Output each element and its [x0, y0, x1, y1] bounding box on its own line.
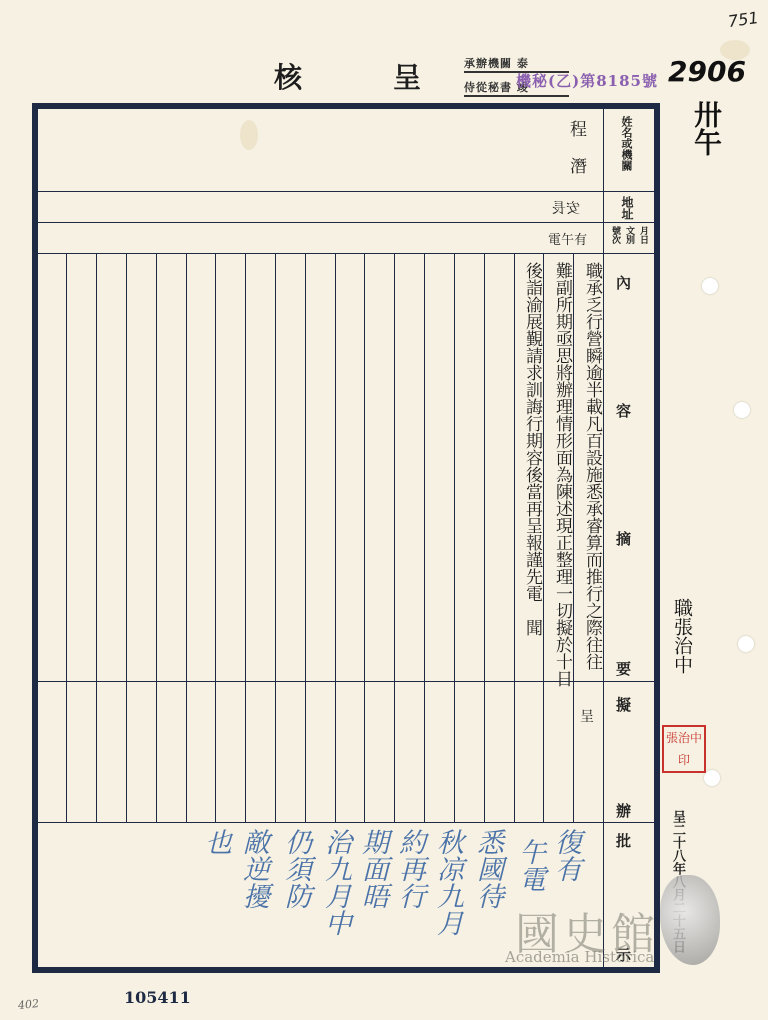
grid-line — [186, 253, 187, 822]
annotation-column-7: 治九月中 — [318, 828, 352, 936]
annotation-column-9: 敵逆擾 — [236, 828, 270, 909]
seal-char: 張 — [666, 731, 678, 745]
proposed-handling-text: 呈 — [580, 706, 594, 726]
label-month-day: 月日 — [638, 226, 648, 244]
grid-line — [96, 253, 97, 822]
grid-line — [364, 253, 365, 822]
red-seal: 張 治 中 印 — [662, 725, 706, 773]
annotation-column-2: 午電 — [512, 838, 546, 892]
grid-line — [484, 253, 485, 822]
watermark-english: Academia Historica — [505, 948, 654, 966]
grid-line — [245, 253, 246, 822]
seal-char: 中 — [690, 731, 702, 745]
grid-line — [394, 253, 395, 822]
punch-hole — [738, 636, 754, 652]
annotation-column-8: 仍須防 — [278, 828, 312, 909]
content-column-2: 難副所期亟思將辦理情形面為陳述現正整理一切擬於十日 — [550, 262, 573, 687]
archive-number: 105411 — [124, 988, 191, 1007]
handwritten-date-note: 卅午 — [688, 100, 724, 156]
punch-hole — [704, 770, 720, 786]
section-label-ni: 擬 — [616, 694, 631, 715]
official-signature: 職張治中 — [667, 598, 697, 674]
label-doc-number: 號次 — [610, 226, 620, 244]
seal-char: 印 — [678, 753, 690, 767]
page-number: 402 — [17, 997, 39, 1012]
address-value: 長安 — [552, 198, 580, 218]
corner-handwritten-number: 751 — [727, 8, 760, 31]
annotation-column-4: 秋凉九月 — [430, 828, 464, 936]
content-column-3: 後詣渝展覲請求訓誨行期容後當再呈報謹先電 聞 — [520, 262, 543, 636]
grid-line — [424, 253, 425, 822]
label-address: 地址 — [620, 196, 633, 220]
watermark-logo — [660, 875, 720, 965]
annotation-column-3: 悉國待 — [470, 828, 504, 909]
grid-line — [514, 253, 515, 822]
grid-line — [573, 253, 574, 822]
row-divider — [38, 253, 654, 254]
section-label-ban: 辦 — [616, 800, 631, 821]
section-label-yao: 要 — [616, 658, 631, 679]
punch-hole — [734, 402, 750, 418]
form-title-right: 呈 — [393, 56, 421, 96]
telegram-date-value: 有午電 — [548, 229, 587, 248]
annotation-column-5: 約再行 — [392, 828, 426, 909]
grid-line — [156, 253, 157, 822]
form-title-left: 核 — [274, 56, 302, 96]
grid-line — [543, 253, 544, 822]
content-column-1: 職承乏行營瞬逾半載凡百設施悉承睿算而推行之際往往 — [580, 262, 603, 670]
seal-char: 治 — [678, 731, 690, 745]
section-label-pi: 批 — [616, 830, 631, 851]
telegram-date: 有午電 — [548, 229, 587, 248]
row-divider — [38, 822, 654, 823]
grid-line — [126, 253, 127, 822]
grid-line — [454, 253, 455, 822]
registration-stamp: 機秘(乙)第8185號 — [516, 70, 658, 91]
grid-line — [215, 253, 216, 822]
label-name-or-org: 姓名或機關 — [620, 116, 633, 171]
row-divider — [38, 222, 654, 223]
section-label-nei: 內 — [616, 272, 631, 293]
handwritten-doc-number: 2906 — [668, 55, 746, 88]
grid-line — [66, 253, 67, 822]
sender-address: 長安 — [552, 198, 580, 218]
grid-line — [305, 253, 306, 822]
annotation-column-6: 期面晤 — [355, 828, 389, 909]
section-label-rong: 容 — [616, 400, 631, 421]
row-divider — [38, 191, 654, 192]
grid-line — [335, 253, 336, 822]
annotation-column-1: 復有 — [548, 828, 582, 882]
label-column-divider — [603, 108, 604, 968]
annotation-column-10: 也 — [198, 828, 232, 855]
sender-name: 程潛 — [566, 120, 586, 194]
grid-line — [275, 253, 276, 822]
section-label-zhai: 摘 — [616, 528, 631, 549]
label-doc-type: 文別 — [624, 226, 634, 244]
punch-hole — [702, 278, 718, 294]
